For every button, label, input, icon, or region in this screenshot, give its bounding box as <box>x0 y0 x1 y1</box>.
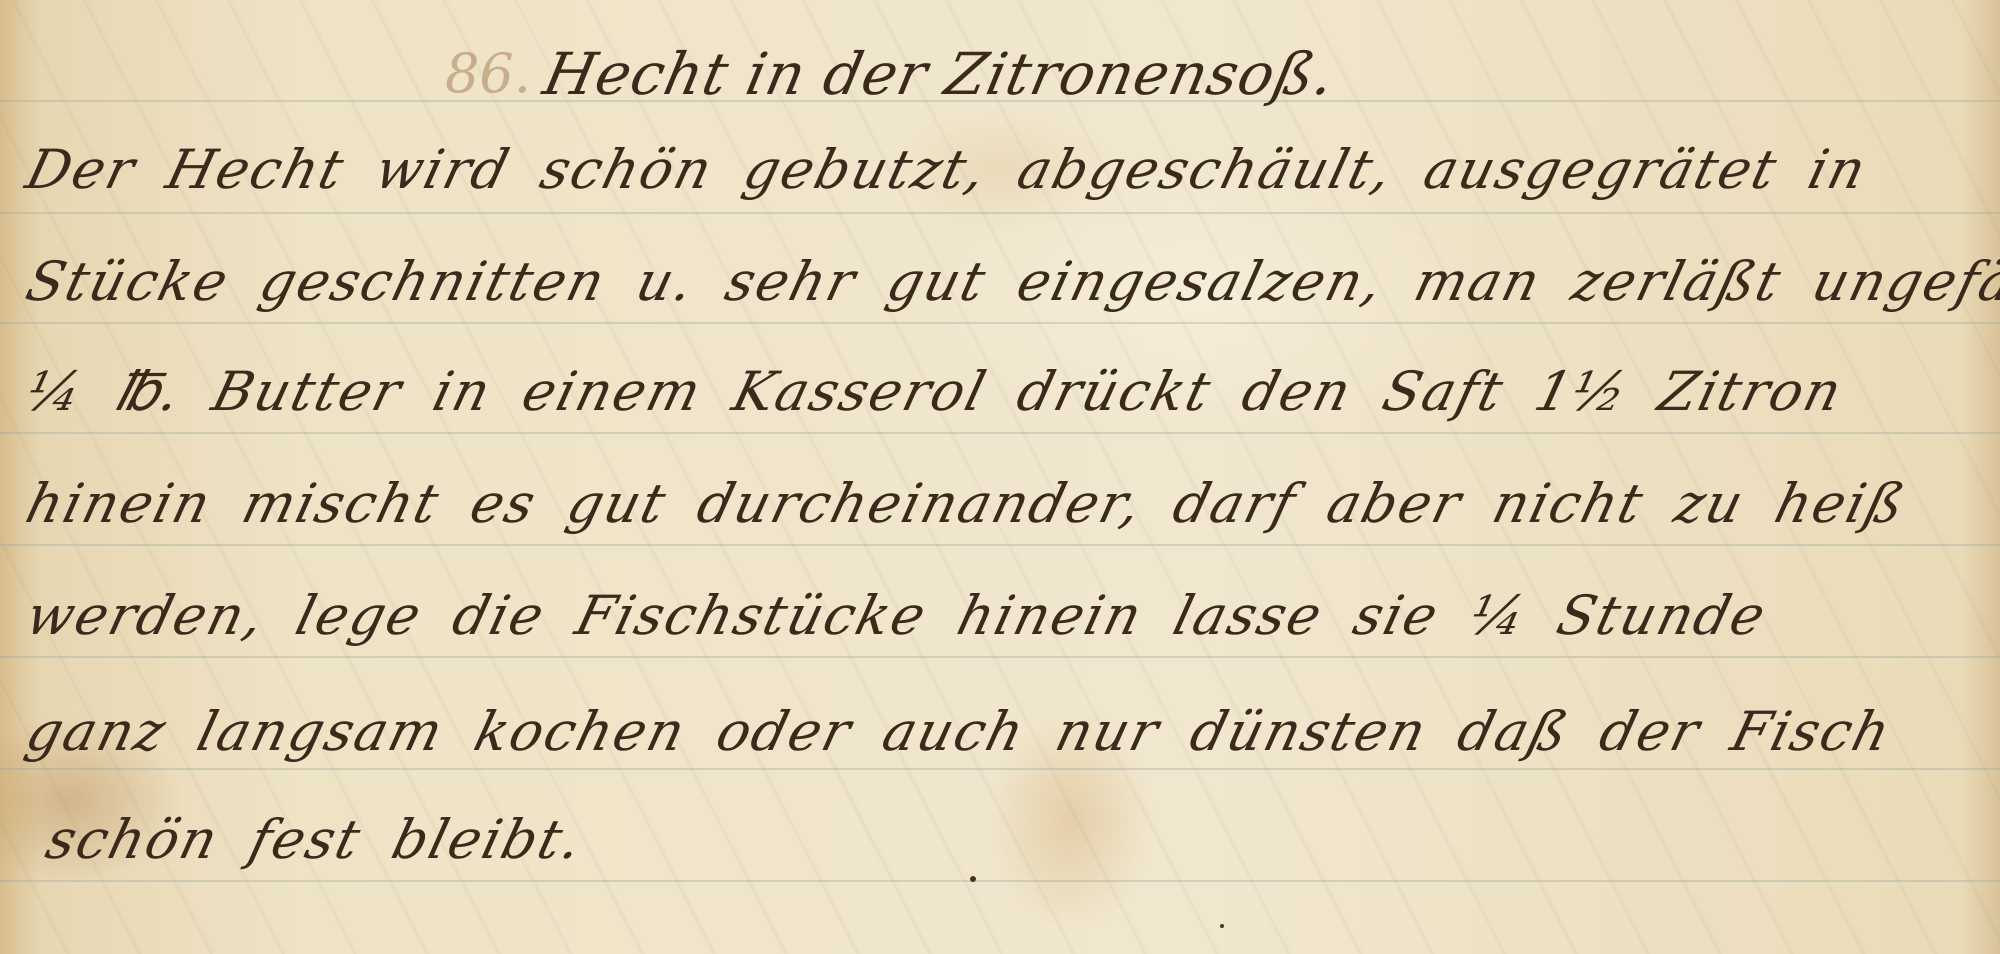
recipe-title: Hecht in der Zitronensoß. <box>538 40 1342 108</box>
text-line-5: werden, lege die Fischstücke hinein lass… <box>20 584 1773 647</box>
ruled-line <box>0 880 2000 882</box>
ruled-line <box>0 768 2000 770</box>
ruled-line <box>0 544 2000 546</box>
ink-speck <box>1220 924 1224 928</box>
text-line-4: hinein mischt es gut durcheinander, darf… <box>20 472 1913 535</box>
text-line-1: Der Hecht wird schön gebutzt, abgeschäul… <box>20 138 1874 201</box>
manuscript-page: 86. Hecht in der Zitronensoß. Der Hecht … <box>0 0 2000 954</box>
text-line-2: Stücke geschnitten u. sehr gut eingesalz… <box>20 250 2000 313</box>
ruled-line <box>0 322 2000 324</box>
text-line-6: ganz langsam kochen oder auch nur dünste… <box>20 700 1898 763</box>
page-number: 86. <box>445 42 531 105</box>
text-line-7: schön fest bleibt. <box>40 808 590 871</box>
ruled-line <box>0 212 2000 214</box>
ink-speck <box>970 876 976 882</box>
ruled-line <box>0 432 2000 434</box>
text-line-3: ¼ ℔. Butter in einem Kasserol drückt den… <box>20 360 1850 423</box>
ruled-line <box>0 656 2000 658</box>
